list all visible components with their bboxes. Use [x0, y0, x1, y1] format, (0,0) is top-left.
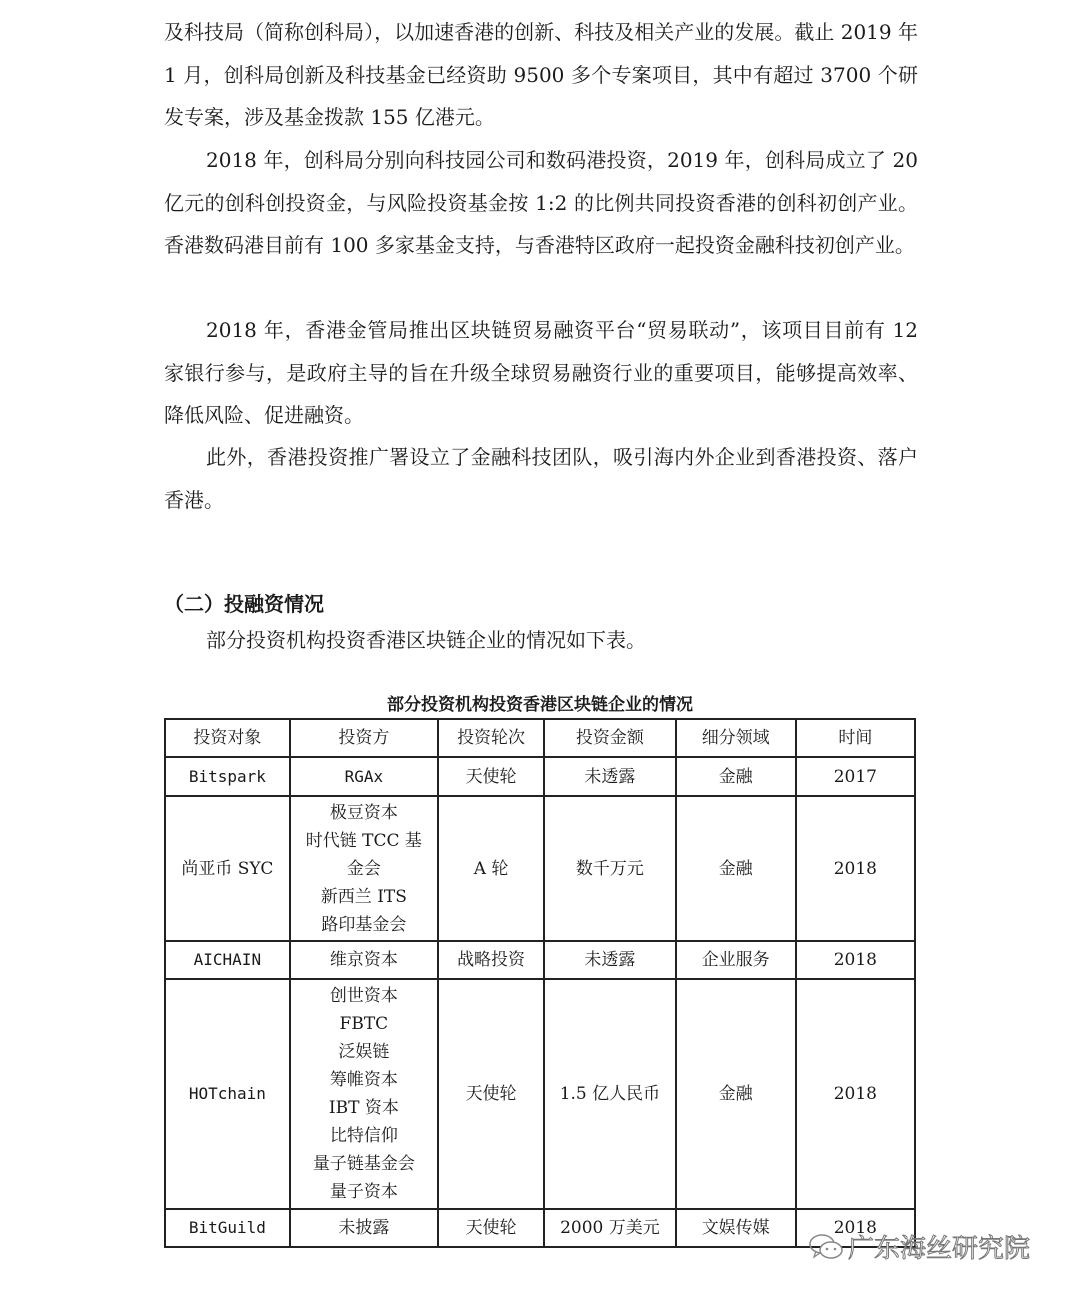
cell-amount: 数千万元 [544, 796, 676, 941]
investor: 新西兰 ITS [295, 883, 433, 911]
cell-round: 战略投资 [438, 941, 544, 979]
cell-target: HOTchain [165, 979, 290, 1209]
header-amount: 投资金额 [544, 719, 676, 757]
cell-year: 2018 [796, 979, 915, 1209]
cell-target: BitGuild [165, 1209, 290, 1247]
investor: IBT 资本 [295, 1094, 433, 1122]
header-year: 时间 [796, 719, 915, 757]
section-heading: （二）投融资情况 [164, 588, 324, 617]
investor: 筹帷资本 [295, 1066, 433, 1094]
cell-field: 文娱传媒 [676, 1209, 796, 1247]
paragraph-3: 2018 年，香港金管局推出区块链贸易融资平台“贸易联动”，该项目目前有 12 … [164, 309, 918, 437]
cell-year: 2018 [796, 796, 915, 941]
investor: 金会 [295, 855, 433, 883]
investment-table: 投资对象 投资方 投资轮次 投资金额 细分领域 时间 Bitspark RGAx… [164, 718, 916, 1248]
table-row: AICHAIN 维京资本 战略投资 未透露 企业服务 2018 [165, 941, 915, 979]
cell-round: 天使轮 [438, 757, 544, 796]
table-row: HOTchain 创世资本 FBTC 泛娱链 筹帷资本 IBT 资本 比特信仰 … [165, 979, 915, 1209]
cell-round: A 轮 [438, 796, 544, 941]
header-round: 投资轮次 [438, 719, 544, 757]
investor: 比特信仰 [295, 1122, 433, 1150]
cell-field: 金融 [676, 979, 796, 1209]
cell-amount: 未透露 [544, 941, 676, 979]
cell-round: 天使轮 [438, 979, 544, 1209]
cell-year: 2017 [796, 757, 915, 796]
cell-field: 金融 [676, 796, 796, 941]
paragraph-1: 及科技局（简称创科局），以加速香港的创新、科技及相关产业的发展。截止 2019 … [164, 11, 918, 139]
investor: 泛娱链 [295, 1038, 433, 1066]
cell-investors: 极豆资本 时代链 TCC 基 金会 新西兰 ITS 路印基金会 [290, 796, 438, 941]
table-row: 尚亚币 SYC 极豆资本 时代链 TCC 基 金会 新西兰 ITS 路印基金会 … [165, 796, 915, 941]
cell-investors: 未披露 [290, 1209, 438, 1247]
paragraph-2: 2018 年，创科局分别向科技园公司和数码港投资，2019 年，创科局成立了 2… [164, 139, 918, 267]
table-row: Bitspark RGAx 天使轮 未透露 金融 2017 [165, 757, 915, 796]
wechat-icon [808, 1233, 844, 1261]
cell-amount: 1.5 亿人民币 [544, 979, 676, 1209]
watermark: 广东海丝研究院 [808, 1228, 1030, 1265]
cell-investors: 维京资本 [290, 941, 438, 979]
investor: 创世资本 [295, 982, 433, 1010]
cell-target: AICHAIN [165, 941, 290, 979]
investor: 极豆资本 [295, 799, 433, 827]
investor: 时代链 TCC 基 [295, 827, 433, 855]
investor: 路印基金会 [295, 911, 433, 939]
investor: 量子资本 [295, 1178, 433, 1206]
cell-field: 企业服务 [676, 941, 796, 979]
cell-target: Bitspark [165, 757, 290, 796]
header-field: 细分领域 [676, 719, 796, 757]
cell-round: 天使轮 [438, 1209, 544, 1247]
table-caption: 部分投资机构投资香港区块链企业的情况 [164, 690, 916, 715]
cell-field: 金融 [676, 757, 796, 796]
cell-investors: RGAx [290, 757, 438, 796]
header-investors: 投资方 [290, 719, 438, 757]
header-target: 投资对象 [165, 719, 290, 757]
investor: FBTC [295, 1010, 433, 1038]
investor: 量子链基金会 [295, 1150, 433, 1178]
table-row: BitGuild 未披露 天使轮 2000 万美元 文娱传媒 2018 [165, 1209, 915, 1247]
watermark-text: 广东海丝研究院 [848, 1228, 1030, 1265]
table-header-row: 投资对象 投资方 投资轮次 投资金额 细分领域 时间 [165, 719, 915, 757]
cell-target: 尚亚币 SYC [165, 796, 290, 941]
cell-year: 2018 [796, 941, 915, 979]
paragraph-4: 此外，香港投资推广署设立了金融科技团队，吸引海内外企业到香港投资、落户香港。 [164, 436, 918, 521]
cell-investors: 创世资本 FBTC 泛娱链 筹帷资本 IBT 资本 比特信仰 量子链基金会 量子… [290, 979, 438, 1209]
cell-amount: 2000 万美元 [544, 1209, 676, 1247]
section-intro: 部分投资机构投资香港区块链企业的情况如下表。 [206, 622, 646, 658]
cell-amount: 未透露 [544, 757, 676, 796]
